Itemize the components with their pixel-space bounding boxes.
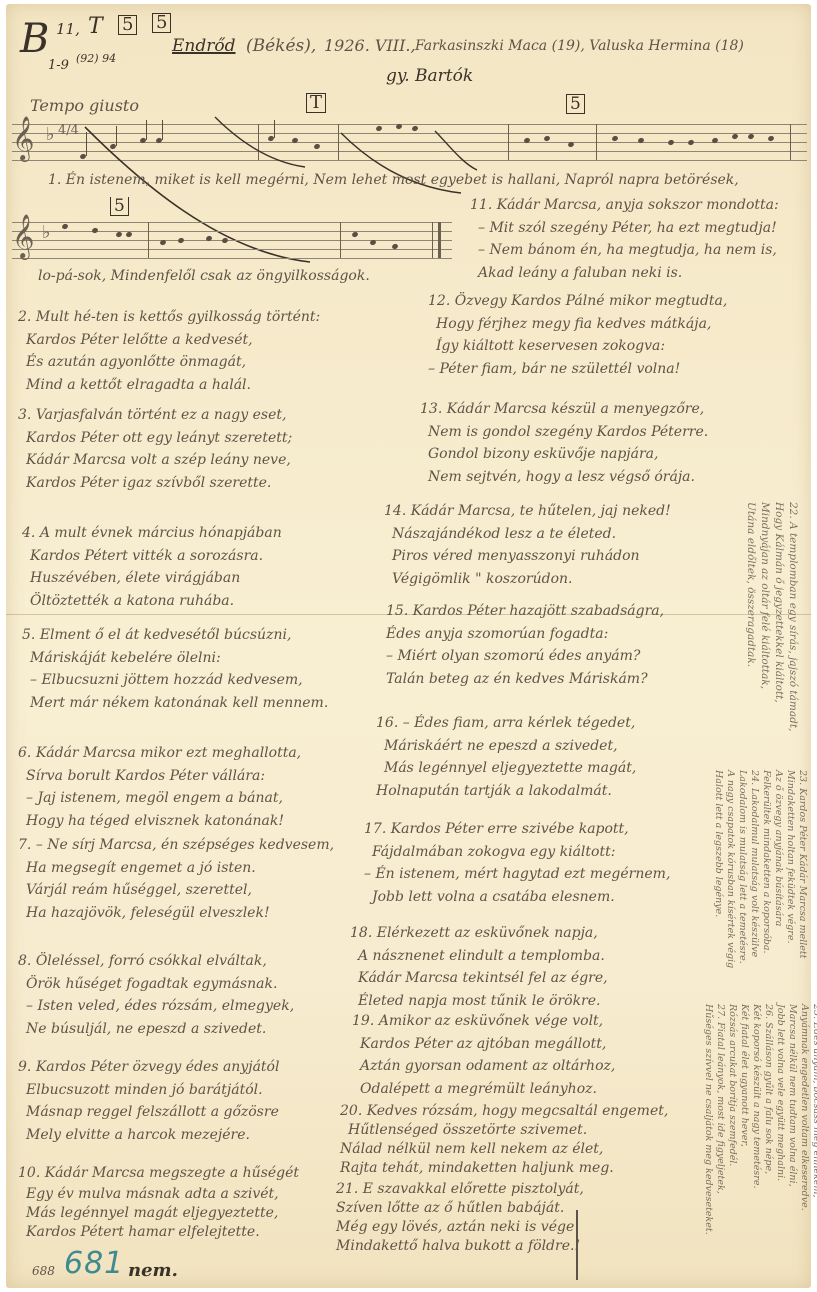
verse-14: 14. Kádár Marcsa, te hűtelen, jaj neked!…: [384, 500, 671, 590]
verse-end-mark: [576, 1210, 578, 1280]
section-mark-5-lower: 5: [110, 196, 129, 216]
collection-sub: 1-9: [48, 58, 69, 73]
verse-18: 18. Elérkezett az esküvőnek napja, A nás…: [350, 922, 608, 1012]
verse-line: – Mit szól szegény Péter, ha ezt megtudj…: [470, 217, 779, 240]
section-mark-t: T: [306, 92, 326, 113]
verse-11: 11. Kádár Marcsa, anyja sokszor mondotta…: [470, 194, 779, 284]
verse-2: 2. Mult hé-ten is kettős gyilkosság tört…: [18, 306, 320, 396]
verse-21: 21. E szavakkal előrette pisztolyát, Szí…: [336, 1180, 584, 1256]
catalog-note: nem.: [128, 1260, 178, 1281]
verse-8: 8. Öleléssel, forró csókkal elváltak, Ör…: [18, 950, 294, 1040]
flat-sign-icon: ♭: [46, 124, 55, 145]
collection-place: Endrőd: [172, 36, 235, 56]
section-box-2: 5: [152, 12, 171, 33]
collection-sub-extra: (92) 94: [76, 52, 116, 65]
staff-1-lyric: 1. Én istenem, miket is kell megérni, Ne…: [48, 172, 739, 188]
time-signature: 4/4: [58, 124, 79, 137]
collection-mark: B: [20, 16, 49, 62]
verse-line: 11. Kádár Marcsa, anyja sokszor mondotta…: [470, 194, 779, 217]
verse-12: 12. Özvegy Kardos Pálné mikor megtudta, …: [428, 290, 727, 380]
verse-9: 9. Kardos Péter özvegy édes anyjától Elb…: [18, 1056, 279, 1146]
collection-sup: 11,: [56, 20, 80, 38]
verse-13: 13. Kádár Marcsa készül a menyegzőre, Ne…: [420, 398, 708, 488]
verse-line: – Nem bánom én, ha megtudja, ha nem is,: [470, 239, 779, 262]
margin-note-verses-25-27: 25. Édes anyám, bocsáss meg énnékem, Any…: [702, 1004, 817, 1235]
flat-sign-icon: ♭: [42, 222, 51, 243]
catalog-number: 681: [64, 1246, 124, 1281]
collection-date: 1926. VIII.,: [324, 36, 416, 55]
verse-17: 17. Kardos Péter erre szivébe kapott, Fá…: [364, 818, 670, 908]
section-box-1: 5: [118, 14, 137, 35]
staff-2-lyric: lo-pá-sok, Mindenfelől csak az öngyilkos…: [38, 268, 370, 284]
verse-20: 20. Kedves rózsám, hogy megcsaltál engem…: [340, 1102, 668, 1178]
treble-clef-icon: 𝄞: [12, 116, 34, 161]
verse-7: 7. – Ne sírj Marcsa, én szépséges kedves…: [18, 834, 334, 924]
singers: Farkasinszki Maca (19), Valuska Hermina …: [415, 38, 744, 54]
verse-10: 10. Kádár Marcsa megszegte a hűségét Egy…: [18, 1162, 299, 1242]
margin-note-verses-23-24: 23. Kardos Péter Kádár Marcsa mellett Mi…: [712, 770, 808, 968]
verse-19: 19. Amikor az esküvőnek vége volt, Kardo…: [352, 1010, 615, 1100]
verse-15: 15. Kardos Péter hazajött szabadságra, É…: [386, 600, 664, 690]
verse-6: 6. Kádár Marcsa mikor ezt meghallotta, S…: [18, 742, 301, 832]
verse-line: Akad leány a faluban neki is.: [470, 262, 779, 285]
margin-note-verse-22: 22. A templomban egy sírás, jajszó támad…: [744, 502, 800, 731]
verse-5: 5. Elment ő el át kedvesétől búcsúzni, M…: [22, 624, 328, 714]
tempo-marking: Tempo giusto: [30, 96, 139, 115]
verse-16: 16. – Édes fiam, arra kérlek tégedet, Má…: [376, 712, 636, 802]
treble-clef-icon: 𝄞: [12, 214, 34, 259]
collection-county: (Békés),: [246, 36, 316, 56]
collector: gy. Bartók: [386, 66, 473, 86]
verse-4: 4. A mult évnek március hónapjában Kardo…: [22, 522, 282, 612]
strike-through-stroke-4: [432, 128, 482, 173]
mark-t: T: [88, 14, 103, 39]
verse-3: 3. Varjasfalván történt ez a nagy eset, …: [18, 404, 292, 494]
section-mark-5-top: 5: [566, 94, 585, 114]
strike-through-stroke-2: [210, 112, 310, 172]
old-catalog-number: 688: [32, 1264, 55, 1278]
music-staff-2: 𝄞 ♭: [12, 222, 452, 262]
